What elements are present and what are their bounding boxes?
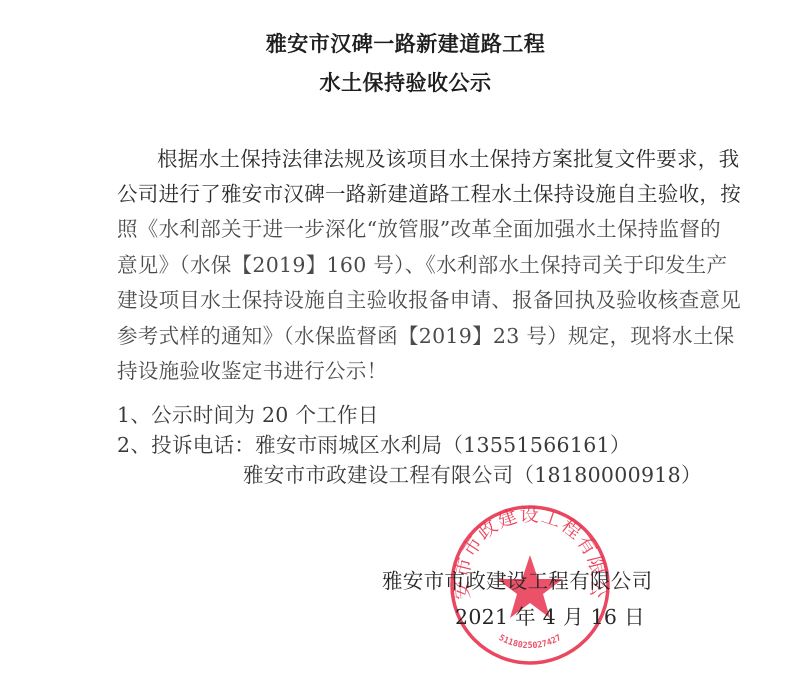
- document-subtitle: 水土保持验收公示: [12, 67, 787, 97]
- body-line-3: 照《水利部关于进一步深化“放管服”改革全面加强水土保持监督的: [117, 212, 721, 242]
- document-page: 雅安市汉碑一路新建道路工程 水土保持验收公示 根据水土保持法律法规及该项目水土保…: [0, 0, 787, 678]
- document-title: 雅安市汉碑一路新建道路工程: [12, 28, 787, 58]
- list-item-1: 1、公示时间为 20 个工作日: [117, 398, 379, 428]
- body-line-2: 公司进行了雅安市汉碑一路新建道路工程水土保持设施自主验收，按: [117, 177, 741, 207]
- body-line-4: 意见》（水保【2019】160 号）、《水利部水土保持司关于印发生产: [117, 248, 727, 278]
- list-item-2-continued: 雅安市市政建设工程有限公司（18180000918）: [243, 458, 702, 488]
- body-line-6: 参考式样的通知》（水保监督函【2019】23 号）规定，现将水土保: [117, 319, 734, 349]
- signature-date: 2021 年 4 月 16 日: [455, 600, 645, 630]
- seal-code: 5118025027427: [497, 633, 563, 651]
- body-line-5: 建设项目水土保持设施自主验收报备申请、报备回执及验收核查意见: [117, 283, 741, 313]
- body-line-1: 根据水土保持法律法规及该项目水土保持方案批复文件要求，我: [157, 142, 739, 172]
- signature-company: 雅安市市政建设工程有限公司: [382, 564, 652, 594]
- list-item-2: 2、投诉电话：雅安市雨城区水利局（13551566161）: [117, 428, 631, 458]
- body-line-7: 持设施验收鉴定书进行公示！: [117, 354, 387, 384]
